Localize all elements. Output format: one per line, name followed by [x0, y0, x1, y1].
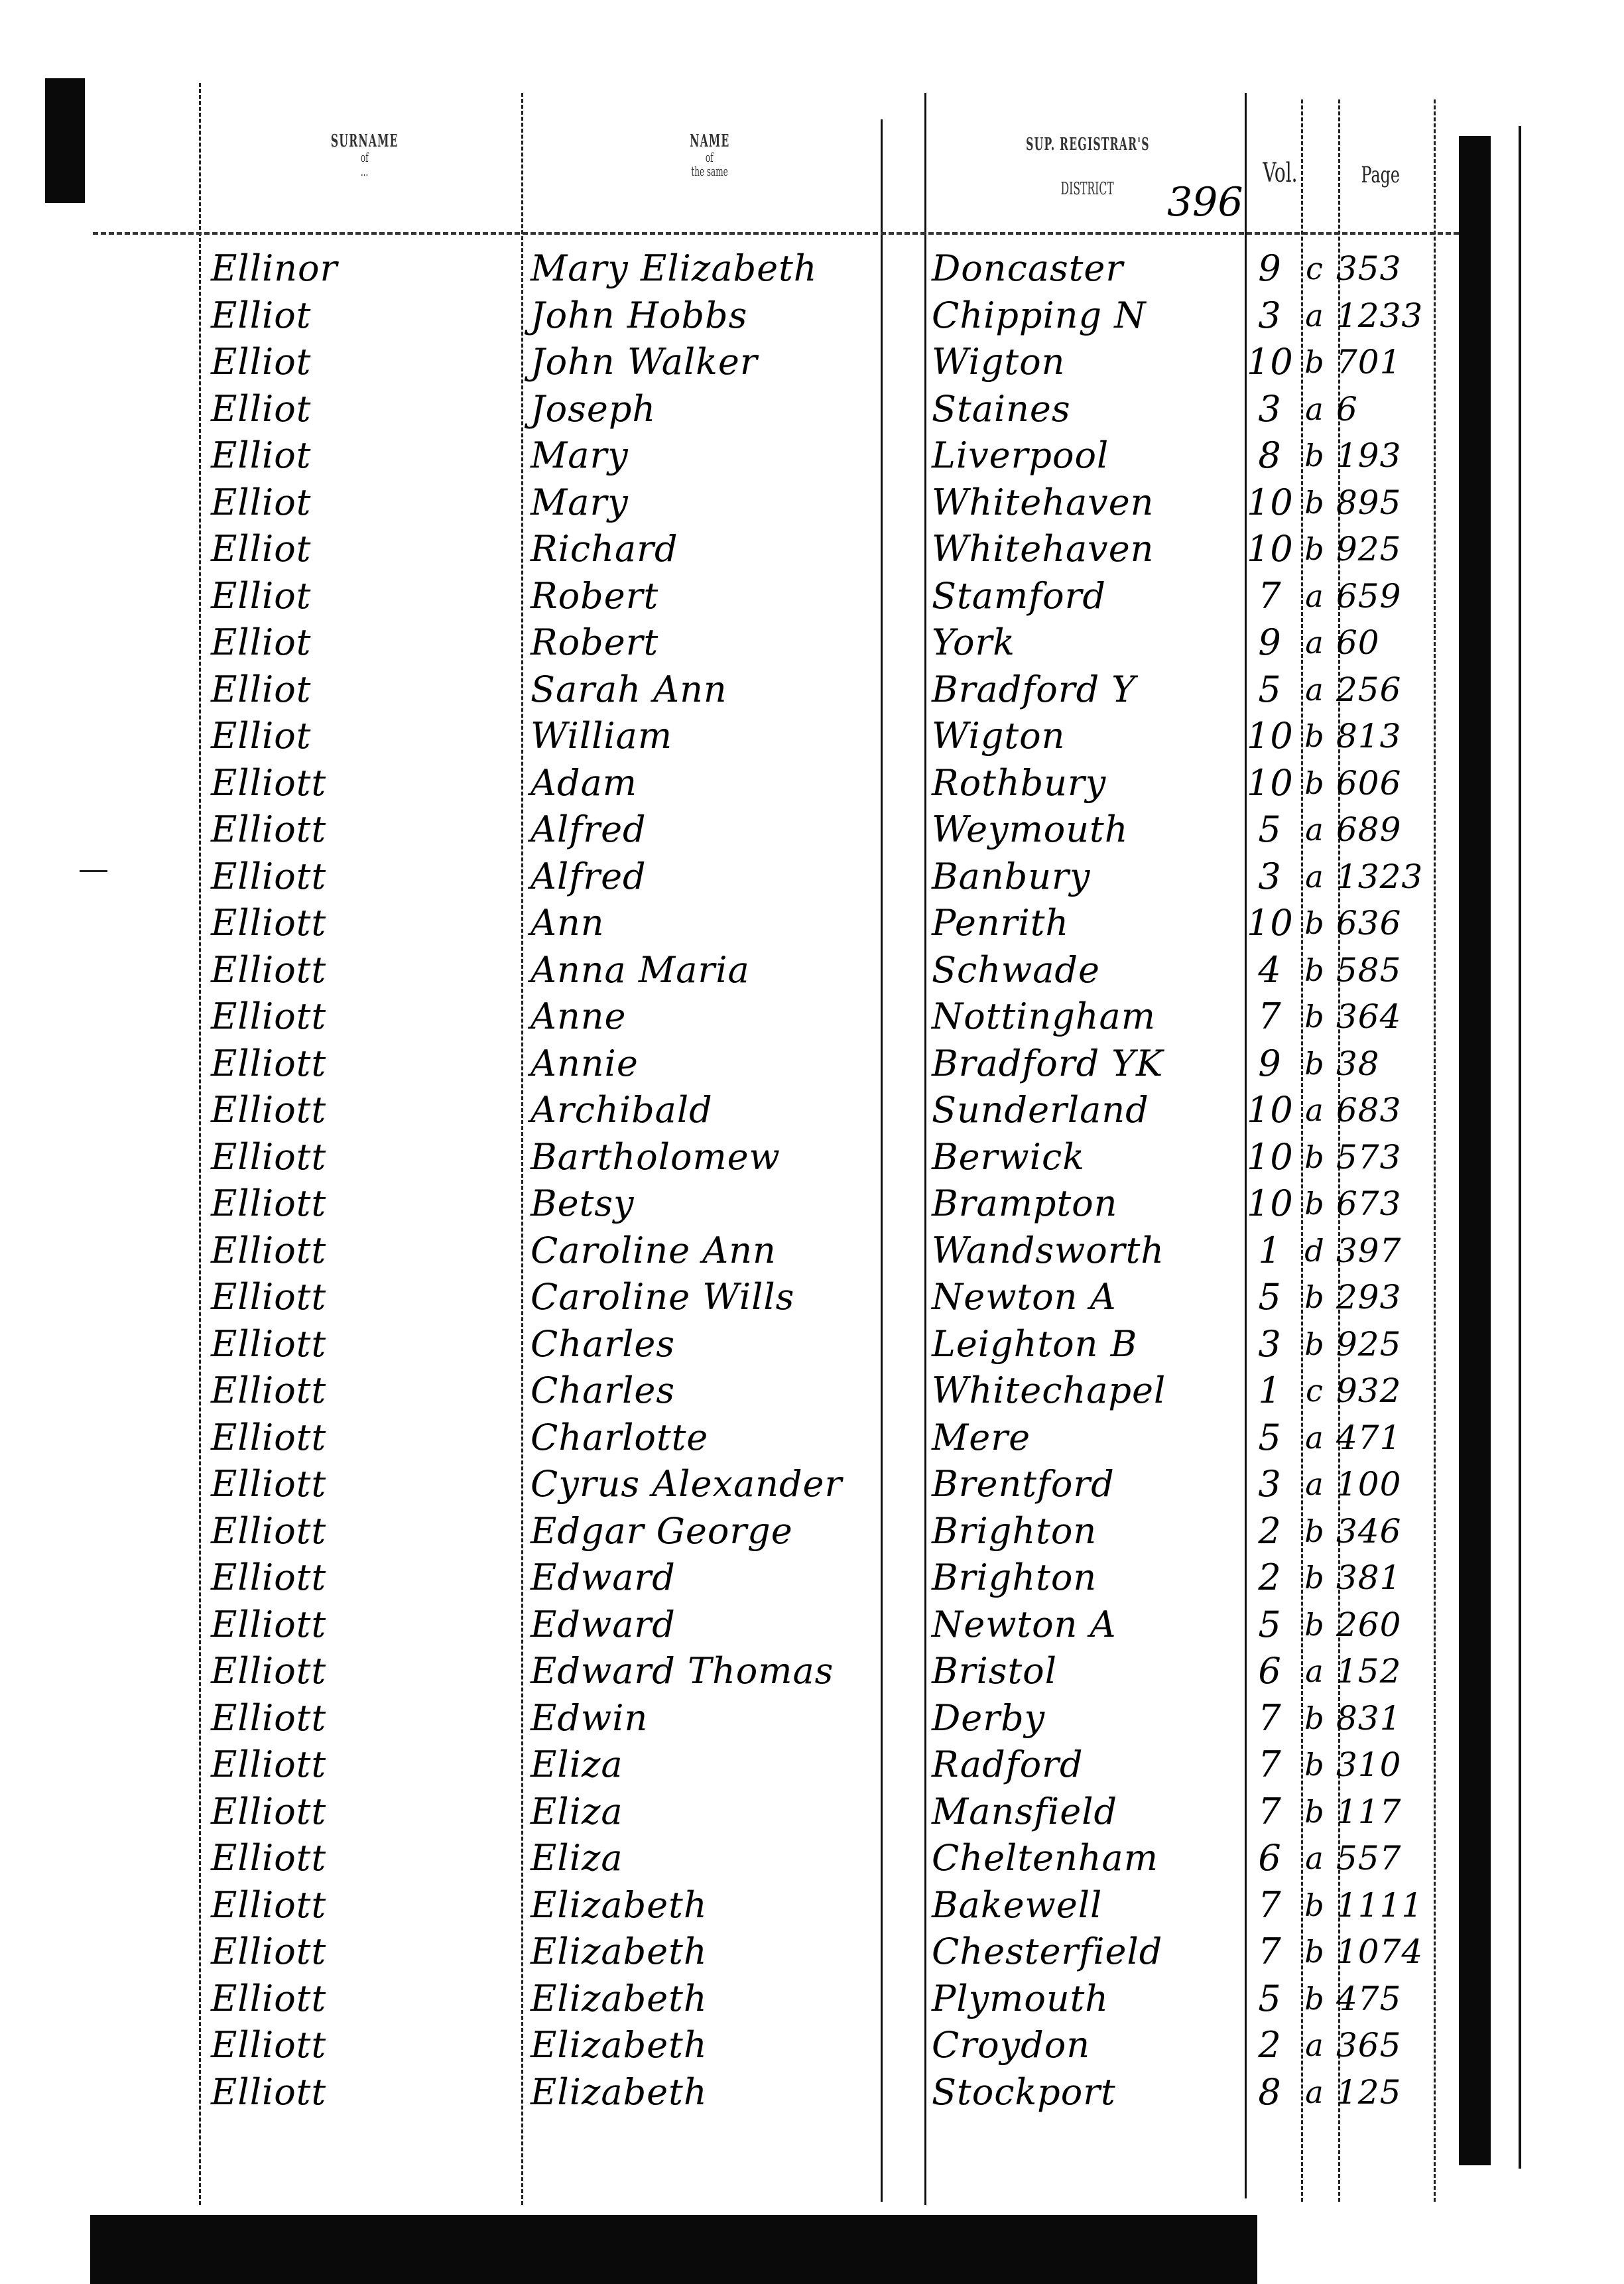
given-name-cell: Eliza — [531, 1742, 902, 1788]
table-row: ElliotMaryLiverpool8b193 — [0, 432, 1624, 479]
volume-cell: 5 — [1247, 1976, 1293, 2022]
volume-cell: 10 — [1247, 1087, 1293, 1133]
given-name-cell: Eliza — [531, 1835, 902, 1881]
given-name-cell: Joseph — [531, 386, 902, 432]
surname-cell: Elliot — [211, 432, 503, 479]
district-cell: Staines — [932, 386, 1243, 432]
volume-letter-cell: a — [1296, 1648, 1333, 1694]
surname-cell: Elliott — [211, 1835, 503, 1881]
table-row: ElliotJohn WalkerWigton10b701 — [0, 339, 1624, 385]
given-name-cell: Betsy — [531, 1180, 902, 1227]
surname-cell: Elliott — [211, 1695, 503, 1742]
table-row: ElliotRichardWhitehaven10b925 — [0, 526, 1624, 572]
volume-cell: 5 — [1247, 1415, 1293, 1461]
volume-cell: 4 — [1247, 947, 1293, 993]
table-row: ElliottElizabethCroydon2a365 — [0, 2022, 1624, 2068]
volume-cell: 2 — [1247, 1508, 1293, 1554]
volume-cell: 8 — [1247, 2069, 1293, 2116]
surname-cell: Elliott — [211, 760, 503, 806]
table-row: ElliottBartholomewBerwick10b573 — [0, 1134, 1624, 1180]
volume-cell: 5 — [1247, 806, 1293, 853]
table-row: ElliottArchibaldSunderland10a683 — [0, 1087, 1624, 1133]
volume-cell: 2 — [1247, 2022, 1293, 2068]
given-name-cell: Elizabeth — [531, 1976, 902, 2022]
district-cell: Mansfield — [932, 1789, 1243, 1835]
surname-cell: Elliott — [211, 1041, 503, 1087]
page-cell: 193 — [1336, 432, 1442, 479]
volume-letter-cell: b — [1296, 339, 1333, 385]
surname-cell: Ellinor — [211, 245, 503, 292]
surname-cell: Elliot — [211, 619, 503, 666]
surname-cell: Elliott — [211, 947, 503, 993]
volume-cell: 1 — [1247, 1367, 1293, 1414]
volume-letter-cell: a — [1296, 1415, 1333, 1461]
district-cell: Whitechapel — [932, 1367, 1243, 1414]
volume-letter-cell: b — [1296, 993, 1333, 1040]
surname-cell: Elliott — [211, 1087, 503, 1133]
table-row: ElliottElizabethBakewell7b1111 — [0, 1882, 1624, 1929]
volume-cell: 7 — [1247, 1695, 1293, 1742]
page-cell: 701 — [1336, 339, 1442, 385]
volume-letter-cell: a — [1296, 1835, 1333, 1881]
table-row: ElliottEdgar GeorgeBrighton2b346 — [0, 1508, 1624, 1554]
table-row: ElliottAnna MariaSchwade4b585 — [0, 947, 1624, 993]
given-name-cell: Robert — [531, 573, 902, 619]
page-cell: 813 — [1336, 713, 1442, 759]
surname-cell: Elliott — [211, 1789, 503, 1835]
volume-letter-cell: b — [1296, 713, 1333, 759]
header-surname-line2: of — [361, 151, 369, 164]
volume-letter-cell: a — [1296, 386, 1333, 432]
given-name-cell: Anna Maria — [531, 947, 902, 993]
volume-letter-cell: b — [1296, 526, 1333, 572]
table-row: ElliottElizabethChesterfield7b1074 — [0, 1929, 1624, 1975]
given-name-cell: Bartholomew — [531, 1134, 902, 1180]
district-cell: York — [932, 619, 1243, 666]
table-row: ElliottEdwardNewton A5b260 — [0, 1602, 1624, 1648]
district-cell: Schwade — [932, 947, 1243, 993]
volume-cell: 10 — [1247, 900, 1293, 946]
table-row: ElliottAlfredWeymouth5a689 — [0, 806, 1624, 853]
volume-cell: 5 — [1247, 666, 1293, 713]
volume-letter-cell: b — [1296, 1789, 1333, 1835]
volume-cell: 7 — [1247, 1742, 1293, 1788]
volume-letter-cell: b — [1296, 1602, 1333, 1648]
page-cell: 683 — [1336, 1087, 1442, 1133]
volume-cell: 1 — [1247, 1228, 1293, 1274]
table-row: ElliotJohn HobbsChipping N3a1233 — [0, 292, 1624, 339]
table-row: ElliottAnnieBradford YK9b38 — [0, 1041, 1624, 1087]
given-name-cell: Sarah Ann — [531, 666, 902, 713]
table-row: ElliottElizabethPlymouth5b475 — [0, 1976, 1624, 2022]
given-name-cell: Edward — [531, 1554, 902, 1601]
district-cell: Nottingham — [932, 993, 1243, 1040]
header-name-line3: the same — [691, 164, 727, 178]
page-cell: 1233 — [1336, 292, 1442, 339]
district-cell: Berwick — [932, 1134, 1243, 1180]
given-name-cell: Elizabeth — [531, 1882, 902, 1929]
given-name-cell: Edgar George — [531, 1508, 902, 1554]
district-cell: Stamford — [932, 573, 1243, 619]
page-cell: 38 — [1336, 1041, 1442, 1087]
table-row: ElliottAlfredBanbury3a1323 — [0, 854, 1624, 900]
volume-cell: 9 — [1247, 1041, 1293, 1087]
page-cell: 673 — [1336, 1180, 1442, 1227]
volume-letter-cell: a — [1296, 619, 1333, 666]
given-name-cell: Charles — [531, 1321, 902, 1367]
page-cell: 364 — [1336, 993, 1442, 1040]
volume-cell: 10 — [1247, 526, 1293, 572]
volume-cell: 7 — [1247, 993, 1293, 1040]
district-cell: Derby — [932, 1695, 1243, 1742]
volume-cell: 10 — [1247, 760, 1293, 806]
district-cell: Wandsworth — [932, 1228, 1243, 1274]
volume-letter-cell: a — [1296, 854, 1333, 900]
table-row: ElliottCaroline AnnWandsworth1d397 — [0, 1228, 1624, 1274]
table-row: ElliottCharlesLeighton B3b925 — [0, 1321, 1624, 1367]
page-cell: 397 — [1336, 1228, 1442, 1274]
page-cell: 925 — [1336, 1321, 1442, 1367]
district-cell: Mere — [932, 1415, 1243, 1461]
header-name: NAME of the same — [610, 133, 809, 178]
volume-cell: 10 — [1247, 713, 1293, 759]
header-name-line2: of — [706, 151, 714, 164]
volume-letter-cell: b — [1296, 1180, 1333, 1227]
table-row: ElliottEdward ThomasBristol6a152 — [0, 1648, 1624, 1694]
surname-cell: Elliott — [211, 1134, 503, 1180]
page-cell: 925 — [1336, 526, 1442, 572]
volume-cell: 5 — [1247, 1602, 1293, 1648]
district-cell: Brentford — [932, 1461, 1243, 1507]
table-row: ElliottElizaCheltenham6a557 — [0, 1835, 1624, 1881]
page-cell: 585 — [1336, 947, 1442, 993]
scan-edge-bar-top-left — [45, 78, 85, 203]
district-number: 396 — [1167, 179, 1243, 225]
volume-cell: 2 — [1247, 1554, 1293, 1601]
surname-cell: Elliott — [211, 1648, 503, 1694]
given-name-cell: Edward Thomas — [531, 1648, 902, 1694]
surname-cell: Elliott — [211, 2022, 503, 2068]
district-cell: Chipping N — [932, 292, 1243, 339]
district-cell: Radford — [932, 1742, 1243, 1788]
given-name-cell: Alfred — [531, 806, 902, 853]
header-surname: SURNAME of ... — [265, 133, 464, 178]
volume-letter-cell: b — [1296, 1554, 1333, 1601]
surname-cell: Elliott — [211, 1180, 503, 1227]
page-cell: 365 — [1336, 2022, 1442, 2068]
page-cell: 636 — [1336, 900, 1442, 946]
surname-cell: Elliott — [211, 1274, 503, 1320]
page-cell: 381 — [1336, 1554, 1442, 1601]
given-name-cell: John Hobbs — [531, 292, 902, 339]
given-name-cell: Elizabeth — [531, 1929, 902, 1975]
header-surname-line1: SURNAME — [331, 133, 399, 151]
page-cell: 100 — [1336, 1461, 1442, 1507]
table-row: ElliottCharlesWhitechapel1c932 — [0, 1367, 1624, 1414]
volume-letter-cell: b — [1296, 1929, 1333, 1975]
table-row: ElliotMaryWhitehaven10b895 — [0, 479, 1624, 526]
table-row: ElliottElizaRadford7b310 — [0, 1742, 1624, 1788]
page-cell: 117 — [1336, 1789, 1442, 1835]
page-cell: 932 — [1336, 1367, 1442, 1414]
table-row: ElliottEdwardBrighton2b381 — [0, 1554, 1624, 1601]
register-page: SURNAME of ... NAME of the same SUP. REG… — [0, 0, 1624, 2284]
page-cell: 1111 — [1336, 1882, 1442, 1929]
page-cell: 689 — [1336, 806, 1442, 853]
volume-letter-cell: b — [1296, 947, 1333, 993]
district-cell: Sunderland — [932, 1087, 1243, 1133]
volume-letter-cell: b — [1296, 1274, 1333, 1320]
volume-cell: 10 — [1247, 339, 1293, 385]
volume-letter-cell: b — [1296, 1321, 1333, 1367]
district-cell: Brighton — [932, 1508, 1243, 1554]
table-row: ElliottAnneNottingham7b364 — [0, 993, 1624, 1040]
surname-cell: Elliott — [211, 806, 503, 853]
surname-cell: Elliott — [211, 1367, 503, 1414]
page-cell: 475 — [1336, 1976, 1442, 2022]
surname-cell: Elliott — [211, 854, 503, 900]
page-cell: 831 — [1336, 1695, 1442, 1742]
volume-letter-cell: b — [1296, 1976, 1333, 2022]
surname-cell: Elliott — [211, 2069, 503, 2116]
page-cell: 659 — [1336, 573, 1442, 619]
district-cell: Banbury — [932, 854, 1243, 900]
given-name-cell: Mary Elizabeth — [531, 245, 902, 292]
surname-cell: Elliot — [211, 713, 503, 759]
volume-cell: 3 — [1247, 292, 1293, 339]
page-cell: 310 — [1336, 1742, 1442, 1788]
page-cell: 557 — [1336, 1835, 1442, 1881]
page-cell: 346 — [1336, 1508, 1442, 1554]
surname-cell: Elliott — [211, 1321, 503, 1367]
volume-letter-cell: b — [1296, 432, 1333, 479]
surname-cell: Elliott — [211, 1602, 503, 1648]
district-cell: Rothbury — [932, 760, 1243, 806]
given-name-cell: Ann — [531, 900, 902, 946]
given-name-cell: John Walker — [531, 339, 902, 385]
table-row: ElliotWilliamWigton10b813 — [0, 713, 1624, 759]
page-cell: 353 — [1336, 245, 1442, 292]
given-name-cell: Anne — [531, 993, 902, 1040]
volume-letter-cell: b — [1296, 1882, 1333, 1929]
volume-letter-cell: b — [1296, 1695, 1333, 1742]
table-row: ElliottAnnPenrith10b636 — [0, 900, 1624, 946]
district-cell: Bristol — [932, 1648, 1243, 1694]
district-cell: Brampton — [932, 1180, 1243, 1227]
volume-cell: 10 — [1247, 1134, 1293, 1180]
table-row: ElliotRobertYork9a60 — [0, 619, 1624, 666]
volume-cell: 7 — [1247, 573, 1293, 619]
table-row: ElliotSarah AnnBradford Y5a256 — [0, 666, 1624, 713]
volume-letter-cell: a — [1296, 573, 1333, 619]
district-cell: Bradford Y — [932, 666, 1243, 713]
volume-cell: 9 — [1247, 245, 1293, 292]
district-cell: Newton A — [932, 1274, 1243, 1320]
district-cell: Chesterfield — [932, 1929, 1243, 1975]
header-page: Page — [1361, 162, 1400, 188]
volume-letter-cell: c — [1296, 1367, 1333, 1414]
surname-cell: Elliot — [211, 292, 503, 339]
page-cell: 471 — [1336, 1415, 1442, 1461]
table-row: ElliottBetsyBrampton10b673 — [0, 1180, 1624, 1227]
page-cell: 125 — [1336, 2069, 1442, 2116]
page-cell: 895 — [1336, 479, 1442, 526]
volume-letter-cell: a — [1296, 1087, 1333, 1133]
surname-cell: Elliott — [211, 1461, 503, 1507]
page-cell: 256 — [1336, 666, 1442, 713]
surname-cell: Elliott — [211, 1228, 503, 1274]
district-cell: Bradford YK — [932, 1041, 1243, 1087]
given-name-cell: Edwin — [531, 1695, 902, 1742]
volume-letter-cell: a — [1296, 2069, 1333, 2116]
page-cell: 60 — [1336, 619, 1442, 666]
volume-cell: 7 — [1247, 1789, 1293, 1835]
volume-cell: 10 — [1247, 1180, 1293, 1227]
district-cell: Whitehaven — [932, 479, 1243, 526]
volume-letter-cell: b — [1296, 1508, 1333, 1554]
page-cell: 293 — [1336, 1274, 1442, 1320]
header-district-line2: DISTRICT — [1061, 180, 1114, 198]
given-name-cell: William — [531, 713, 902, 759]
surname-cell: Elliott — [211, 1976, 503, 2022]
table-row: EllinorMary ElizabethDoncaster9c353 — [0, 245, 1624, 292]
volume-cell: 7 — [1247, 1882, 1293, 1929]
given-name-cell: Mary — [531, 479, 902, 526]
header-district-line1: SUP. REGISTRAR'S — [1026, 136, 1150, 154]
district-cell: Wigton — [932, 339, 1243, 385]
surname-cell: Elliot — [211, 479, 503, 526]
district-cell: Croydon — [932, 2022, 1243, 2068]
volume-letter-cell: b — [1296, 760, 1333, 806]
surname-cell: Elliott — [211, 1742, 503, 1788]
surname-cell: Elliott — [211, 1415, 503, 1461]
district-cell: Bakewell — [932, 1882, 1243, 1929]
volume-cell: 7 — [1247, 1929, 1293, 1975]
volume-cell: 3 — [1247, 1461, 1293, 1507]
district-cell: Weymouth — [932, 806, 1243, 853]
table-row: ElliotRobertStamford7a659 — [0, 573, 1624, 619]
volume-letter-cell: a — [1296, 1461, 1333, 1507]
district-cell: Doncaster — [932, 245, 1243, 292]
volume-letter-cell: b — [1296, 1742, 1333, 1788]
district-cell: Leighton B — [932, 1321, 1243, 1367]
volume-letter-cell: b — [1296, 1134, 1333, 1180]
table-row: ElliottElizaMansfield7b117 — [0, 1789, 1624, 1835]
district-cell: Liverpool — [932, 432, 1243, 479]
surname-cell: Elliot — [211, 526, 503, 572]
given-name-cell: Richard — [531, 526, 902, 572]
given-name-cell: Caroline Wills — [531, 1274, 902, 1320]
surname-cell: Elliot — [211, 573, 503, 619]
given-name-cell: Robert — [531, 619, 902, 666]
given-name-cell: Caroline Ann — [531, 1228, 902, 1274]
district-cell: Plymouth — [932, 1976, 1243, 2022]
given-name-cell: Cyrus Alexander — [531, 1461, 902, 1507]
volume-letter-cell: a — [1296, 666, 1333, 713]
volume-cell: 10 — [1247, 479, 1293, 526]
page-cell: 606 — [1336, 760, 1442, 806]
given-name-cell: Elizabeth — [531, 2022, 902, 2068]
volume-letter-cell: b — [1296, 1041, 1333, 1087]
volume-cell: 6 — [1247, 1648, 1293, 1694]
district-cell: Cheltenham — [932, 1835, 1243, 1881]
volume-letter-cell: a — [1296, 292, 1333, 339]
volume-letter-cell: a — [1296, 806, 1333, 853]
page-cell: 6 — [1336, 386, 1442, 432]
district-cell: Brighton — [932, 1554, 1243, 1601]
header-rule — [93, 232, 1459, 235]
page-cell: 1323 — [1336, 854, 1442, 900]
volume-letter-cell: a — [1296, 2022, 1333, 2068]
given-name-cell: Eliza — [531, 1789, 902, 1835]
volume-cell: 8 — [1247, 432, 1293, 479]
header-vol: Vol. — [1263, 158, 1297, 188]
table-row: ElliottEdwinDerby7b831 — [0, 1695, 1624, 1742]
table-row: ElliottCaroline WillsNewton A5b293 — [0, 1274, 1624, 1320]
given-name-cell: Elizabeth — [531, 2069, 902, 2116]
table-row: ElliottElizabethStockport8a125 — [0, 2069, 1624, 2116]
given-name-cell: Adam — [531, 760, 902, 806]
page-cell: 152 — [1336, 1648, 1442, 1694]
volume-letter-cell: b — [1296, 900, 1333, 946]
given-name-cell: Archibald — [531, 1087, 902, 1133]
given-name-cell: Mary — [531, 432, 902, 479]
table-row: ElliottAdamRothbury10b606 — [0, 760, 1624, 806]
district-cell: Whitehaven — [932, 526, 1243, 572]
header-name-line1: NAME — [690, 133, 729, 151]
volume-letter-cell: c — [1296, 245, 1333, 292]
page-cell: 1074 — [1336, 1929, 1442, 1975]
district-cell: Newton A — [932, 1602, 1243, 1648]
given-name-cell: Annie — [531, 1041, 902, 1087]
surname-cell: Elliot — [211, 339, 503, 385]
surname-cell: Elliott — [211, 1554, 503, 1601]
volume-letter-cell: b — [1296, 479, 1333, 526]
surname-cell: Elliott — [211, 993, 503, 1040]
given-name-cell: Edward — [531, 1602, 902, 1648]
table-row: ElliottCharlotteMere5a471 — [0, 1415, 1624, 1461]
surname-cell: Elliott — [211, 900, 503, 946]
volume-cell: 3 — [1247, 1321, 1293, 1367]
volume-cell: 3 — [1247, 854, 1293, 900]
volume-cell: 5 — [1247, 1274, 1293, 1320]
volume-cell: 3 — [1247, 386, 1293, 432]
volume-cell: 9 — [1247, 619, 1293, 666]
given-name-cell: Charles — [531, 1367, 902, 1414]
district-cell: Wigton — [932, 713, 1243, 759]
district-cell: Stockport — [932, 2069, 1243, 2116]
volume-cell: 6 — [1247, 1835, 1293, 1881]
volume-letter-cell: d — [1296, 1228, 1333, 1274]
district-cell: Penrith — [932, 900, 1243, 946]
page-cell: 573 — [1336, 1134, 1442, 1180]
surname-cell: Elliott — [211, 1882, 503, 1929]
surname-cell: Elliot — [211, 666, 503, 713]
scan-edge-bar-bottom — [90, 2215, 1257, 2284]
given-name-cell: Charlotte — [531, 1415, 902, 1461]
page-cell: 260 — [1336, 1602, 1442, 1648]
table-row: ElliottCyrus AlexanderBrentford3a100 — [0, 1461, 1624, 1507]
table-row: ElliotJosephStaines3a6 — [0, 386, 1624, 432]
surname-cell: Elliott — [211, 1508, 503, 1554]
surname-cell: Elliott — [211, 1929, 503, 1975]
header-surname-line3: ... — [361, 164, 368, 178]
surname-cell: Elliot — [211, 386, 503, 432]
given-name-cell: Alfred — [531, 854, 902, 900]
